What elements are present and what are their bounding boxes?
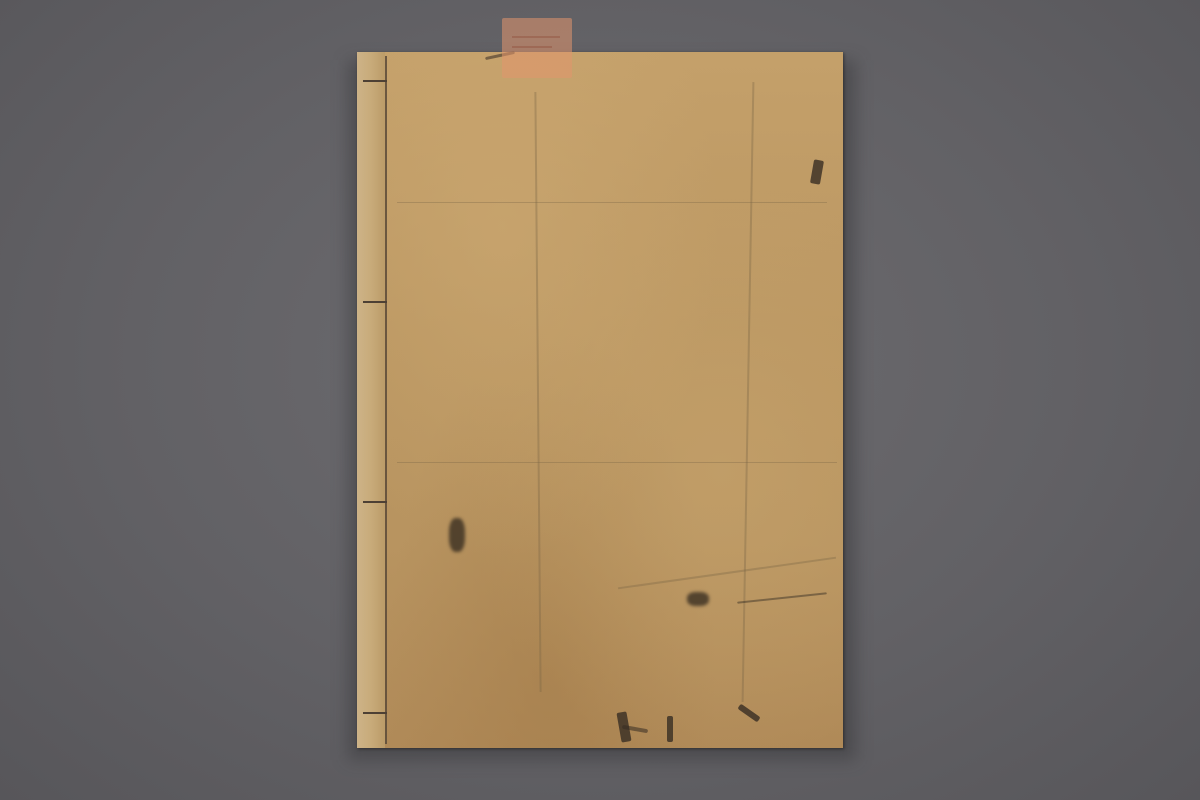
worm-hole: [667, 716, 673, 742]
binding-stitch: [363, 501, 387, 503]
tag-mark: [512, 46, 552, 48]
binding-stitch: [363, 80, 387, 82]
worm-hole: [810, 159, 824, 184]
binding-stitch: [363, 712, 387, 714]
book-spine: [357, 52, 385, 748]
ink-stain: [687, 592, 709, 606]
book-title: [0, 0, 1, 1]
worm-trail: [737, 592, 827, 603]
paper-tag: [502, 18, 572, 78]
book-cover: [357, 52, 843, 748]
paper-crease: [397, 462, 837, 463]
ink-stain: [449, 518, 465, 552]
paper-crease: [534, 92, 541, 692]
spine-fold-line: [385, 56, 387, 744]
paper-crease: [618, 557, 836, 590]
tag-mark: [512, 36, 560, 38]
binding-stitch: [363, 301, 387, 303]
paper-crease: [742, 82, 755, 702]
paper-crease: [397, 202, 827, 203]
worm-hole: [737, 704, 760, 723]
